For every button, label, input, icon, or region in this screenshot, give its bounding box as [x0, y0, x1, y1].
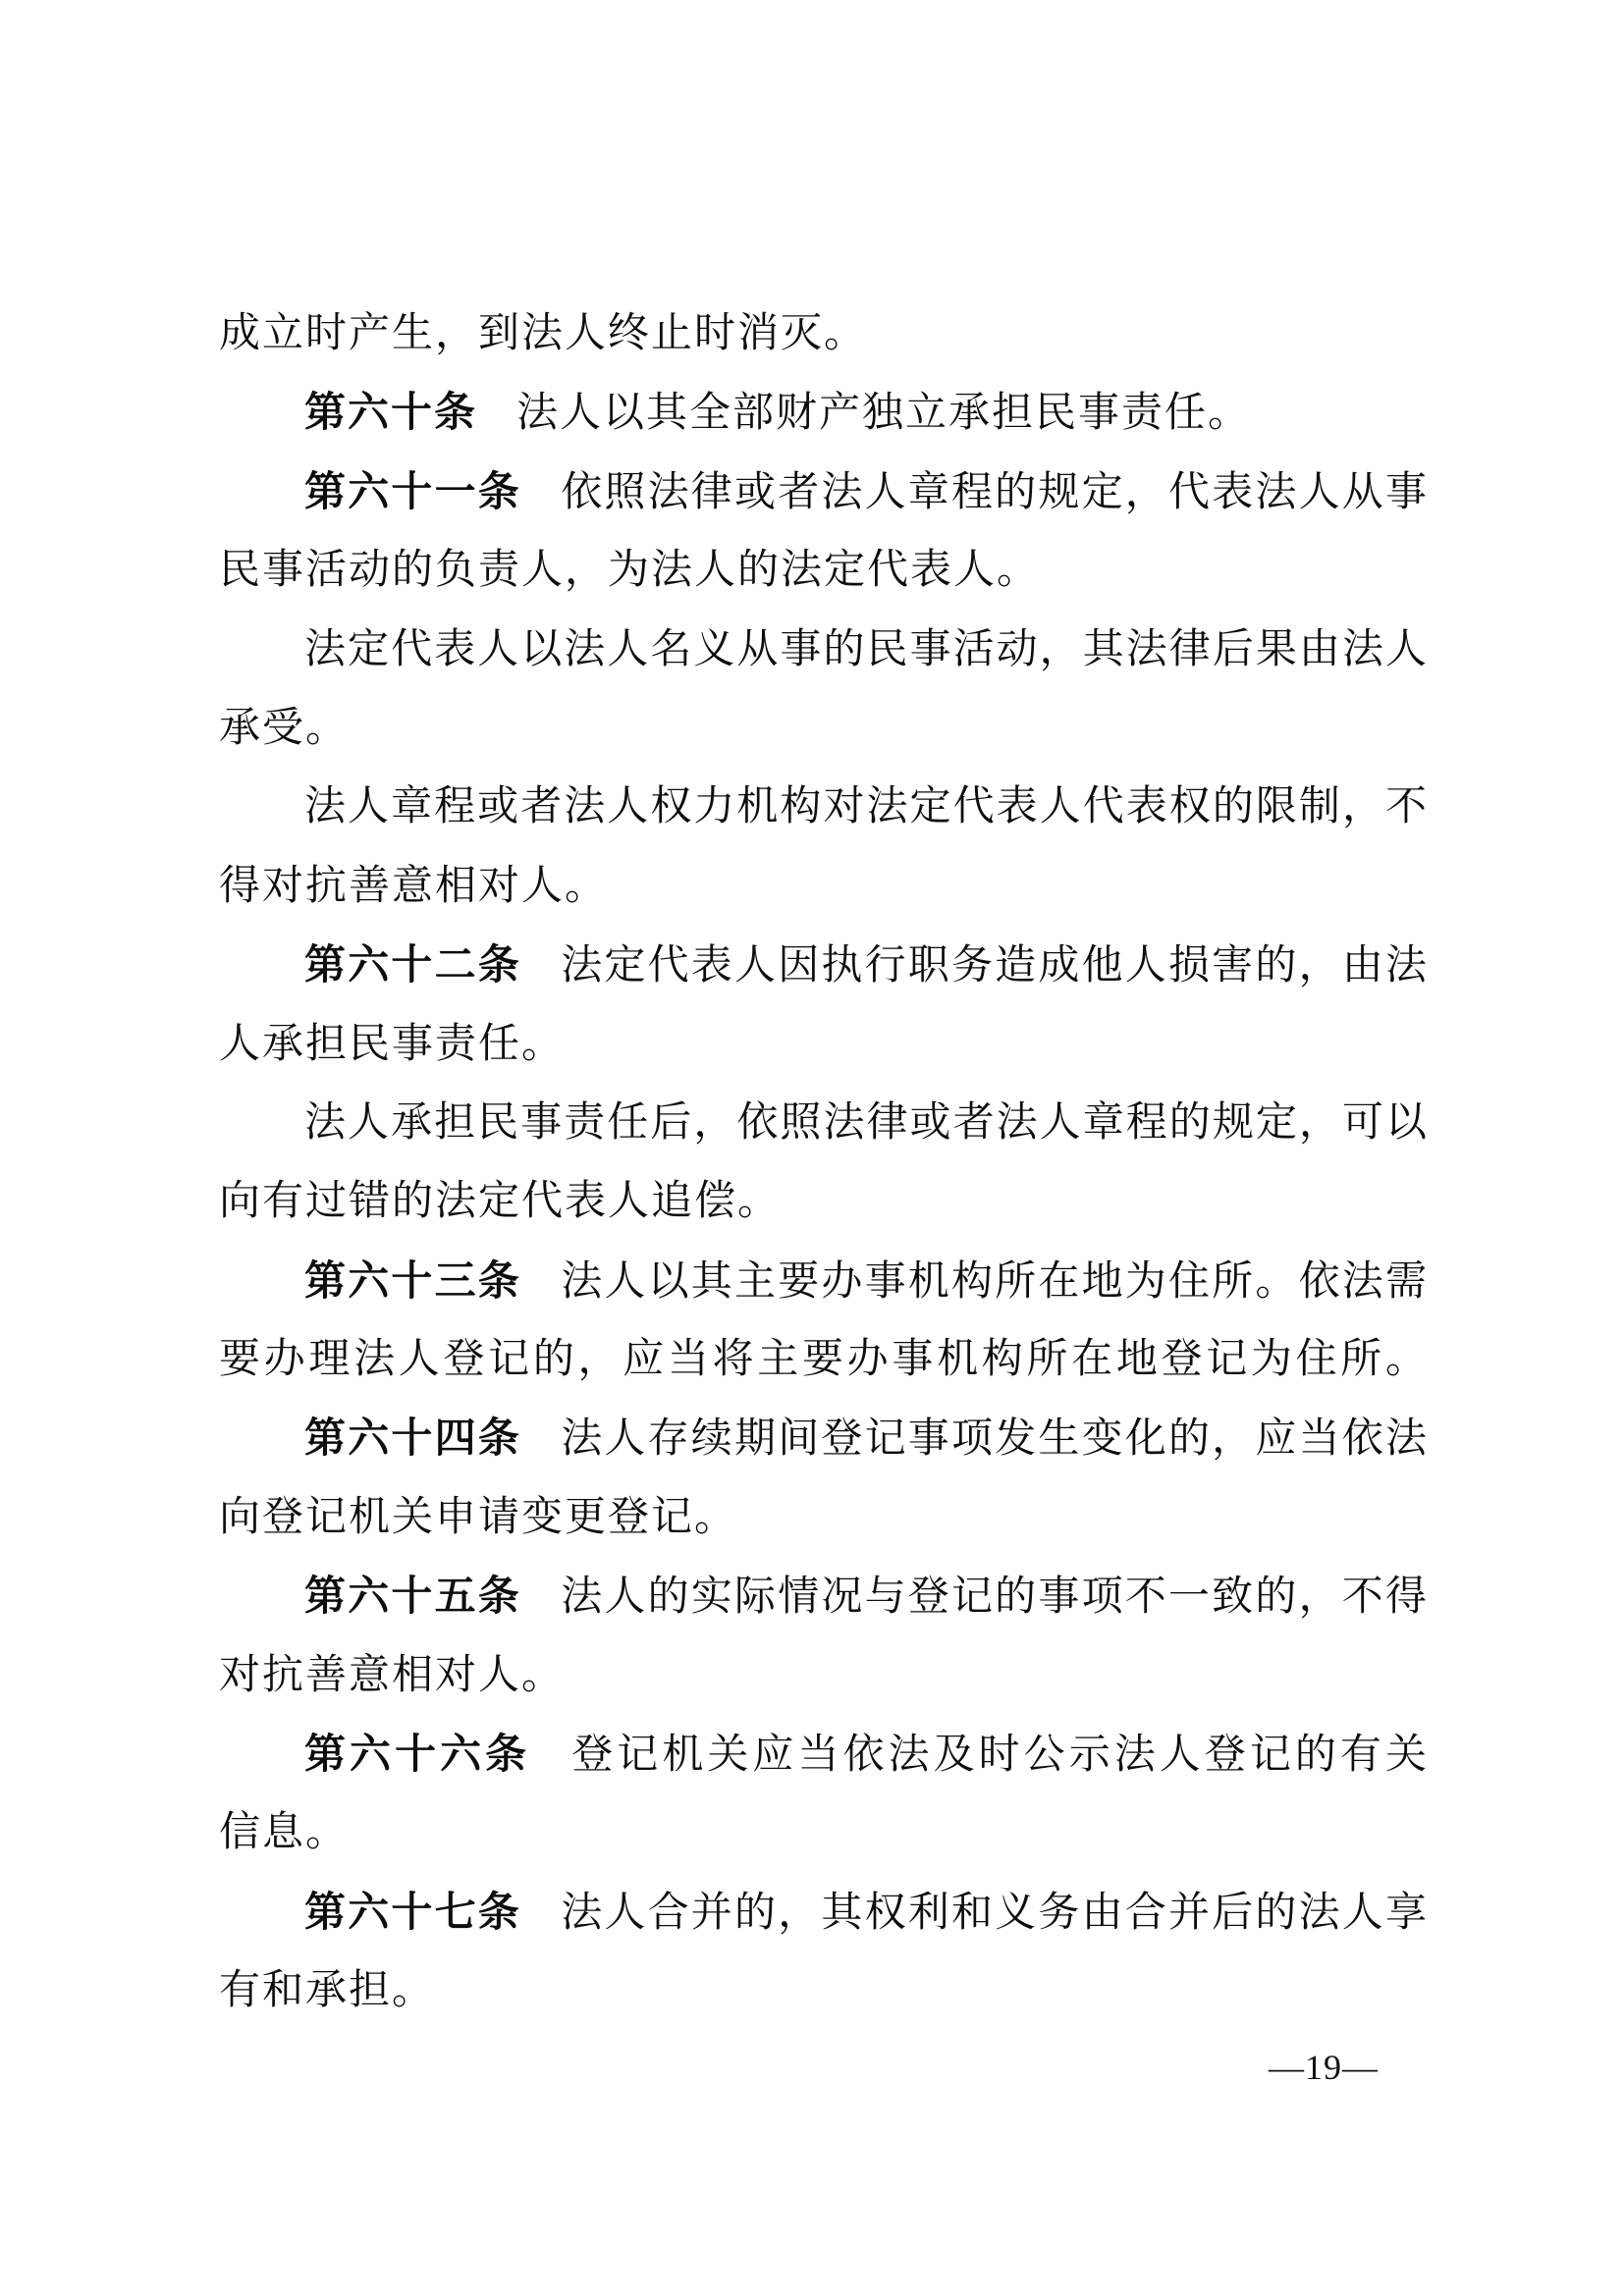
- article-number-label: 第六十四条: [304, 1415, 521, 1461]
- article-number-label: 第六十二条: [304, 941, 521, 988]
- line-text: 法定代表人以法人名义从事的民事活动，其法律后果由法人: [304, 627, 1429, 672]
- text-line: 有和承担。: [219, 1951, 1429, 2030]
- text-line: 对抗善意相对人。: [219, 1636, 1429, 1715]
- article-number-label: 第六十三条: [304, 1257, 521, 1304]
- text-line: 第六十六条登记机关应当依法及时公示法人登记的有关: [219, 1715, 1429, 1793]
- line-text: 人承担民事责任。: [219, 1022, 565, 1067]
- line-text: 法定代表人因执行职务造成他人损害的，由法: [561, 943, 1429, 988]
- line-text: 要办理法人登记的，应当将主要办事机构所在地登记为住所。: [219, 1337, 1429, 1382]
- line-text: 依照法律或者法人章程的规定，代表法人从事: [561, 470, 1429, 515]
- line-text: 民事活动的负责人，为法人的法定代表人。: [219, 548, 1040, 593]
- text-line: 第六十三条法人以其主要办事机构所在地为住所。依法需: [219, 1242, 1429, 1320]
- line-text: 法人承担民事责任后，依照法律或者法人章程的规定，可以: [304, 1100, 1429, 1146]
- line-text: 得对抗善意相对人。: [219, 864, 608, 909]
- text-line: 人承担民事责任。: [219, 1005, 1429, 1084]
- text-line: 第六十二条法定代表人因执行职务造成他人损害的，由法: [219, 926, 1429, 1004]
- article-number-label: 第六十七条: [304, 1889, 521, 1935]
- text-line: 得对抗善意相对人。: [219, 847, 1429, 926]
- text-line: 第六十一条依照法律或者法人章程的规定，代表法人从事: [219, 453, 1429, 531]
- article-number-label: 第六十一条: [304, 468, 521, 514]
- text-line: 法定代表人以法人名义从事的民事活动，其法律后果由法人: [219, 611, 1429, 689]
- line-text: 向有过错的法定代表人追偿。: [219, 1179, 781, 1224]
- page-number: —19—: [1269, 2048, 1379, 2087]
- text-line: 法人章程或者法人权力机构对法定代表人代表权的限制，不: [219, 768, 1429, 846]
- body-text: 成立时产生，到法人终止时消灭。 第六十条法人以其全部财产独立承担民事责任。 第六…: [219, 294, 1429, 2031]
- article-number-label: 第六十六条: [304, 1731, 530, 1777]
- line-text: 对抗善意相对人。: [219, 1653, 565, 1698]
- text-line: 法人承担民事责任后，依照法律或者法人章程的规定，可以: [219, 1084, 1429, 1162]
- line-text: 法人存续期间登记事项发生变化的，应当依法: [561, 1416, 1429, 1462]
- article-number-label: 第六十条: [304, 389, 477, 435]
- article-number-label: 第六十五条: [304, 1573, 521, 1619]
- line-text: 成立时产生，到法人终止时消灭。: [219, 311, 867, 356]
- line-text: 法人的实际情况与登记的事项不一致的，不得: [561, 1575, 1429, 1620]
- line-text: 法人以其全部财产独立承担民事责任。: [516, 391, 1251, 436]
- line-text: 向登记机关申请变更登记。: [219, 1495, 737, 1540]
- text-line: 第六十四条法人存续期间登记事项发生变化的，应当依法: [219, 1399, 1429, 1477]
- text-line: 向有过错的法定代表人追偿。: [219, 1162, 1429, 1241]
- text-line: 向登记机关申请变更登记。: [219, 1478, 1429, 1557]
- line-text: 法人章程或者法人权力机构对法定代表人代表权的限制，不: [304, 784, 1429, 829]
- text-line: 要办理法人登记的，应当将主要办事机构所在地登记为住所。: [219, 1320, 1429, 1399]
- text-line: 成立时产生，到法人终止时消灭。: [219, 294, 1429, 373]
- text-line: 第六十条法人以其全部财产独立承担民事责任。: [219, 373, 1429, 452]
- text-line: 信息。: [219, 1793, 1429, 1872]
- text-line: 第六十五条法人的实际情况与登记的事项不一致的，不得: [219, 1557, 1429, 1635]
- text-line: 第六十七条法人合并的，其权利和义务由合并后的法人享: [219, 1873, 1429, 1951]
- line-text: 法人以其主要办事机构所在地为住所。依法需: [561, 1259, 1429, 1305]
- line-text: 承受。: [219, 706, 349, 751]
- line-text: 信息。: [219, 1810, 349, 1855]
- line-text: 有和承担。: [219, 1968, 435, 2013]
- line-text: 法人合并的，其权利和义务由合并后的法人享: [561, 1891, 1429, 1936]
- text-line: 民事活动的负责人，为法人的法定代表人。: [219, 531, 1429, 610]
- line-text: 登记机关应当依法及时公示法人登记的有关: [569, 1733, 1429, 1778]
- text-line: 承受。: [219, 689, 1429, 768]
- document-page: 成立时产生，到法人终止时消灭。 第六十条法人以其全部财产独立承担民事责任。 第六…: [0, 0, 1624, 2296]
